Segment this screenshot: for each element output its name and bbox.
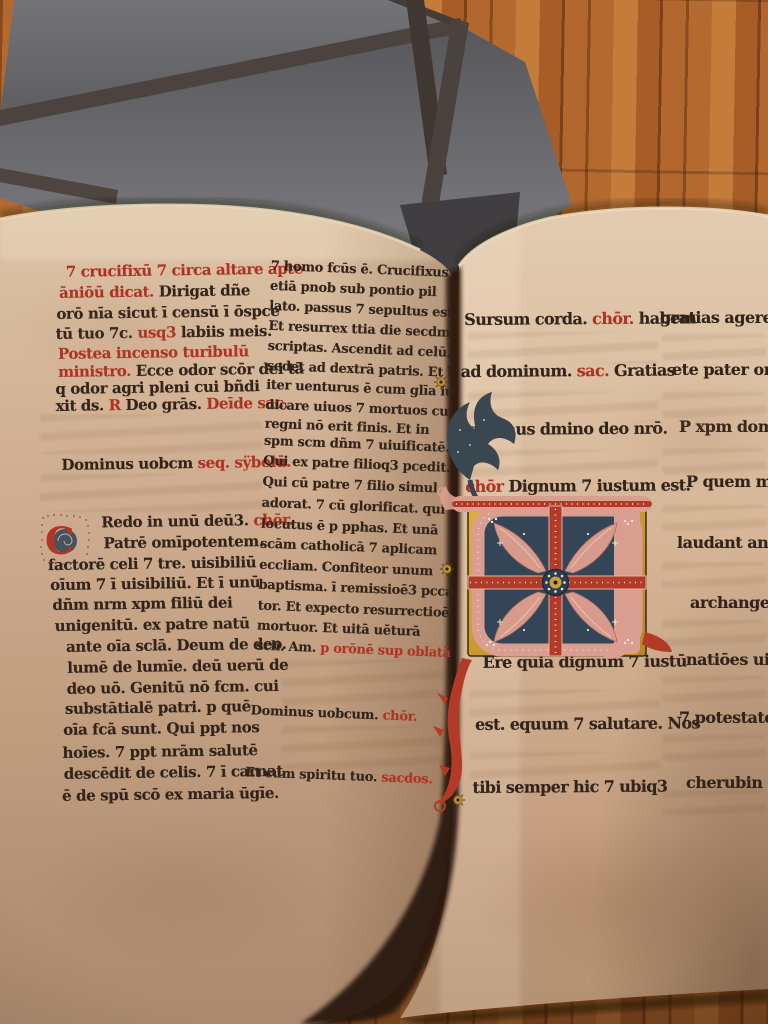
text-run: R	[109, 396, 126, 414]
text-line: 7 homo fcūs ē. Crucifixus	[270, 259, 448, 281]
text-line: Qui ex patre filioq3 pcedit.	[263, 454, 451, 476]
text-run: scli. Am.	[256, 639, 321, 656]
text-line: xit ds. R Deo grās. Deīde sac.	[56, 394, 289, 415]
text-line: cherubin 7	[686, 773, 768, 792]
text-line: factorē celi 7 tre. uisibiliū	[48, 553, 257, 574]
text-run: adorat. 7 cū glorificat. qui	[261, 496, 445, 518]
text-line: ē de spū scō ex maria ūgīe.	[62, 784, 279, 805]
text-run: Et resurrex ttia die secdm	[268, 319, 450, 341]
text-run: hoīes. 7 ppt nrām salutē	[62, 741, 257, 762]
text-line: Qui cū patre 7 filio simul	[262, 475, 438, 497]
text-run: Deo grās.	[125, 395, 206, 414]
text-run: tor. Et expecto resurrectioē	[257, 599, 449, 621]
text-line: tū tuo 7c. usq3 labiis meis.	[56, 322, 272, 343]
text-line: 7 potestates	[679, 708, 768, 727]
text-line: orō nīa sicut ī censū ī ōspce	[56, 302, 279, 323]
text-run: gratias agere. dñ	[660, 308, 768, 327]
text-line: scām catholicā 7 aplicam	[260, 537, 437, 559]
text-run: usq3	[137, 323, 181, 342]
text-line: P xpm domin	[679, 417, 768, 436]
text-run: substātialē patri. p quē	[65, 697, 251, 718]
text-line: scli. Am. p orōnē sup oblatā	[256, 639, 451, 661]
text-run: oīum 7 ī uisibiliū. Et ī unū	[50, 573, 260, 594]
text-line: archangeli. Tr	[690, 593, 768, 612]
text-line: Patrē omīpotentem.	[103, 532, 263, 552]
text-line: chōr Dignum 7 iustum est.	[465, 475, 690, 496]
text-line: dicare uiuos 7 mortuos cui	[265, 398, 453, 420]
text-line: tibi semper hic 7 ubiq3	[472, 777, 667, 797]
text-run: 7 crucifixū 7 circa altare apte	[66, 259, 303, 280]
text-line: Dominus uobcm seq. sÿbolū.	[61, 453, 291, 474]
text-run: p orōnē sup oblatā	[320, 641, 451, 661]
text-run: orō nīa sicut ī censū ī ōspce	[56, 302, 279, 323]
text-line: deo uō. Genitū nō fcm. cui	[66, 677, 278, 698]
text-run: oīa fcā sunt. Qui ppt nos	[63, 718, 259, 739]
text-run: eccliam. Confiteor unum	[259, 558, 433, 580]
text-run: Dominus uobcum.	[250, 703, 382, 723]
text-run: āniōū dicat.	[59, 283, 159, 302]
text-line: scriptas. Ascendit ad celū.	[267, 339, 451, 361]
text-run: ete pater omps	[672, 360, 768, 379]
text-line: substātialē patri. p quē	[65, 697, 251, 718]
text-run: chōr.	[592, 309, 639, 328]
text-run: agamus dmino deo nrō.	[469, 419, 668, 439]
text-run: Redo in unū deū3.	[101, 511, 253, 531]
text-line: P quem maie	[686, 472, 768, 491]
text-run: chōr	[465, 477, 508, 496]
text-line: hoīes. 7 ppt nrām salutē	[62, 741, 257, 762]
text-run: sacdos.	[381, 770, 433, 787]
text-run: ad dominum.	[461, 361, 577, 381]
text-line: Ere quia dignum 7 iustū	[483, 651, 687, 671]
text-run: Et cum spiritu tuo.	[245, 765, 382, 785]
right-page-column-a: Sursum corda. chōr. habemad dominum. sac…	[462, 0, 674, 1024]
text-line: locutus ē p pphas. Et unā	[261, 517, 439, 539]
text-run: baptisma. ī remissioē3 pcca	[258, 578, 453, 600]
text-line: laudant ange	[677, 533, 768, 552]
text-run: P quem maie	[686, 472, 768, 491]
text-line: Et cum spiritu tuo. sacdos.	[245, 765, 433, 787]
right-page-column-b: gratias agere. dñete pater ompsP xpm dom…	[660, 0, 768, 1024]
text-line: oīum 7 ī uisibiliū. Et ī unū	[50, 573, 260, 594]
text-run: chōr.	[382, 708, 417, 724]
text-line: sedet ad dextrā patris. Et ī	[267, 359, 453, 381]
text-line: unigenitū. ex patre natū	[55, 614, 250, 635]
text-line: adorat. 7 cū glorificat. qui	[261, 496, 445, 518]
text-line: eccliam. Confiteor unum	[259, 558, 433, 580]
text-line: baptisma. ī remissioē3 pcca	[258, 578, 453, 600]
text-line: Dominus uobcum. chōr.	[250, 703, 417, 724]
text-line: 7 crucifixū 7 circa altare apte	[66, 259, 303, 280]
text-line: tor. Et expecto resurrectioē	[257, 599, 449, 621]
text-run: lato. passus 7 sepultus est.	[269, 299, 457, 321]
text-run: etiā pnob sub pontio pil	[270, 279, 437, 300]
text-run: ante oīa sclā. Deum de deo.	[66, 635, 287, 656]
text-line: iter uenturus ē cum glīa iu	[266, 378, 454, 400]
text-line: Et resurrex ttia die secdm	[268, 319, 450, 341]
text-run: archangeli. Tr	[690, 593, 768, 612]
text-line: lato. passus 7 sepultus est.	[269, 299, 457, 321]
text-run: dicare uiuos 7 mortuos cui	[265, 398, 453, 420]
text-line: ete pater omps	[672, 360, 768, 379]
text-run: cherubin 7	[686, 773, 768, 792]
text-run: tibi semper hic 7 ubiq3	[472, 777, 667, 797]
text-line: natiōes uirtu	[686, 650, 768, 669]
text-run: unigenitū. ex patre natū	[55, 614, 250, 635]
text-run: sedet ad dextrā patris. Et ī	[267, 359, 453, 381]
text-run: Patrē omīpotentem.	[103, 532, 263, 552]
text-run: scriptas. Ascendit ad celū.	[267, 339, 451, 361]
text-run: P xpm domin	[679, 417, 768, 436]
text-run: 7 potestates	[679, 708, 768, 727]
text-run: xit ds.	[56, 396, 109, 415]
text-line: ad dominum. sac. Gratias	[461, 361, 676, 381]
text-run: Ere quia dignum 7 iustū	[483, 651, 687, 671]
text-run: iter uenturus ē cum glīa iu	[266, 378, 454, 400]
text-run: sac.	[577, 361, 614, 380]
text-run: Dominus uobcm	[61, 454, 197, 474]
text-run: Sursum corda.	[464, 309, 592, 329]
text-run: ē de spū scō ex maria ūgīe.	[62, 784, 279, 805]
text-run: labiis meis.	[181, 322, 272, 341]
text-run: natiōes uirtu	[686, 650, 768, 669]
text-line: dñm nrm xpm filiū dei	[52, 594, 232, 615]
text-run: factorē celi 7 tre. uisibiliū	[48, 553, 257, 574]
text-run: Dirigat dñe	[159, 281, 250, 300]
text-run: laudant ange	[677, 533, 768, 552]
text-line: mortuor. Et uitā uēturā	[257, 619, 421, 640]
text-run: tū tuo 7c.	[56, 324, 138, 343]
text-line: ante oīa sclā. Deum de deo.	[66, 635, 287, 656]
text-run: Qui cū patre 7 filio simul	[262, 475, 438, 497]
text-line: oīa fcā sunt. Qui ppt nos	[63, 718, 259, 739]
text-line: etiā pnob sub pontio pil	[270, 279, 437, 300]
text-run: deo uō. Genitū nō fcm. cui	[66, 677, 278, 698]
text-line: āniōū dicat. Dirigat dñe	[59, 281, 250, 302]
text-run: locutus ē p pphas. Et unā	[261, 517, 439, 539]
text-run: Qui ex patre filioq3 pcedit.	[263, 454, 451, 476]
text-line: gratias agere. dñ	[660, 308, 768, 327]
text-run: 7 homo fcūs ē. Crucifixus	[270, 259, 448, 281]
text-run: dñm nrm xpm filiū dei	[52, 594, 232, 615]
text-line: agamus dmino deo nrō.	[469, 419, 668, 439]
text-run: mortuor. Et uitā uēturā	[257, 619, 421, 640]
photo-scene: 7 crucifixū 7 circa altare apteāniōū dic…	[0, 0, 768, 1024]
text-run: scām catholicā 7 aplicam	[260, 537, 437, 559]
